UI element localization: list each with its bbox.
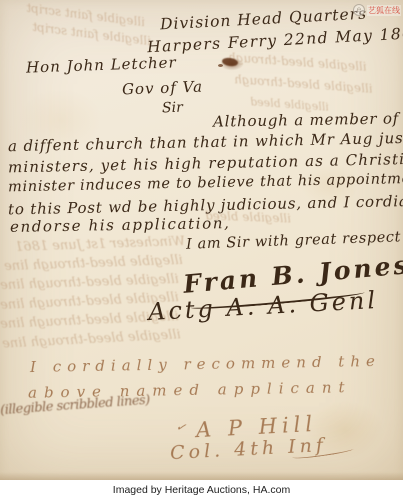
bleed-through-line: illegible bleed-through line — [0, 272, 179, 293]
epailive-watermark: e 艺狐在线 — [353, 4, 401, 16]
ink-blot — [218, 64, 223, 67]
endorsement-rank: Col. 4th Inf — [170, 434, 328, 464]
salutation: Sir — [162, 100, 183, 117]
check-mark-icon: ✓ — [175, 419, 188, 435]
body-line: Although a member of — [213, 109, 399, 130]
recipient-title: Gov of Va — [122, 78, 204, 99]
endorsement-line: I cordially recommend the — [30, 352, 381, 376]
closing-line: I am Sir with great respect — [186, 229, 402, 252]
paper-bottom-edge — [0, 472, 403, 480]
bleed-through-line: Winchester 1st June 1861 — [15, 234, 186, 255]
signature-title: Actg A. A. Genl — [147, 286, 378, 326]
bleed-through-line: illegible bleed-through line — [2, 327, 181, 351]
bleed-through-line: illegible bleed-through line — [4, 253, 183, 274]
watermark-logo-icon: e — [353, 4, 365, 16]
caption-text: Imaged by Heritage Auctions, HA.com — [113, 484, 290, 496]
letter-photograph: illegible faint script illegible faint s… — [0, 0, 403, 480]
watermark-text: 艺狐在线 — [367, 5, 401, 16]
bleed-through-line: illegible bleed-through — [234, 72, 373, 96]
recipient-name: Hon John Letcher — [26, 53, 177, 76]
body-line: endorse his application, — [10, 214, 231, 236]
bleed-through-line: illegible bleed-through — [228, 50, 367, 74]
caption-bar: Imaged by Heritage Auctions, HA.com — [0, 480, 403, 500]
